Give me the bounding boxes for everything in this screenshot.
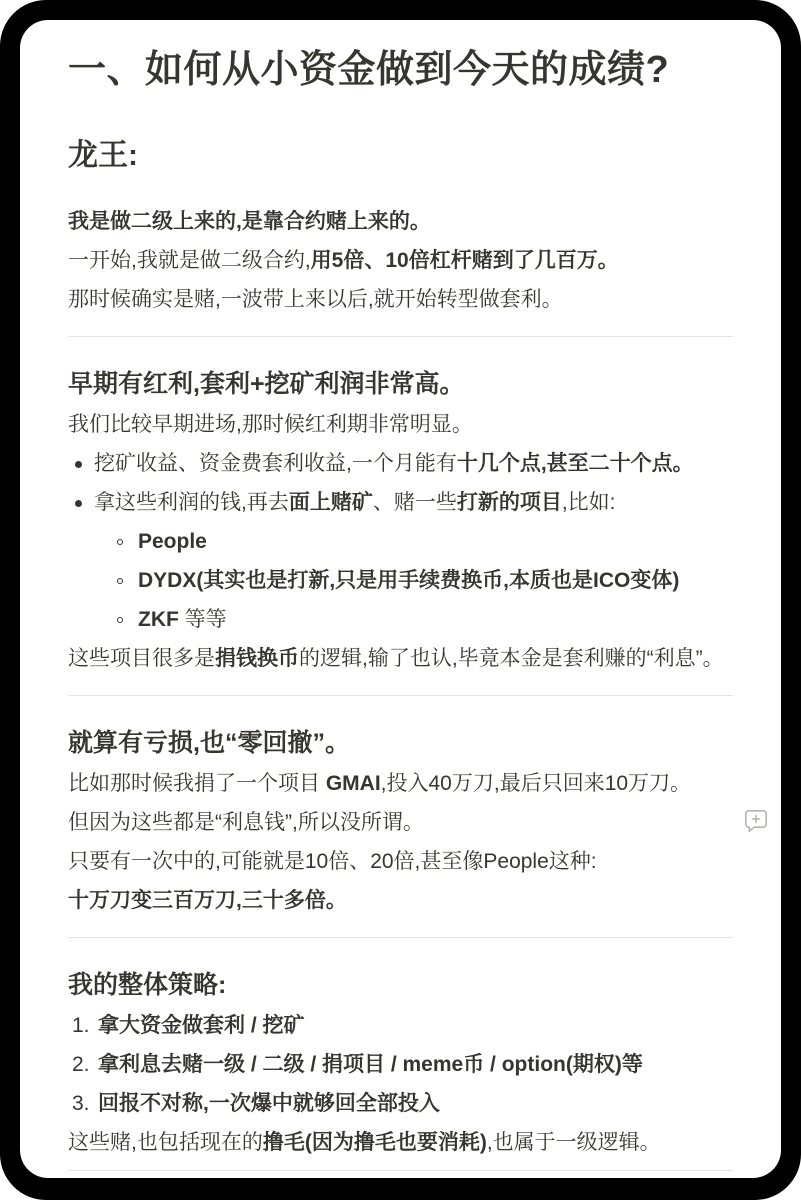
list-item: 挖矿收益、资金费套利收益,一个月能有十几个点,甚至二十个点。: [68, 449, 733, 479]
intro-paragraph-1: 一开始,我就是做二级合约,用5倍、10倍杠杆赌到了几百万。: [68, 246, 733, 276]
text-segment: ,也属于一级逻辑。: [487, 1131, 661, 1154]
list-number: 1.: [72, 1011, 90, 1041]
text-segment-bold: 拿利息去赌一级 / 二级 / 捐项目 / meme币 / option(期权)等: [98, 1053, 643, 1076]
intro-lead-paragraph: 我是做二级上来的,是靠合约赌上来的。: [68, 207, 733, 237]
text-segment: 这些赌,也包括现在的: [68, 1131, 263, 1154]
add-comment-button[interactable]: [744, 808, 768, 834]
list-item: 3.回报不对称,一次爆中就够回全部投入: [68, 1089, 733, 1119]
document-content: 一、如何从小资金做到今天的成绩? 龙王: 我是做二级上来的,是靠合约赌上来的。 …: [20, 20, 781, 1171]
text-segment-bold: GMAI: [326, 772, 381, 795]
text-segment: 、赌一些: [373, 491, 457, 514]
bullet-circle-icon: [117, 617, 123, 623]
bullet-dot-icon: [75, 500, 82, 507]
list-number: 2.: [72, 1050, 90, 1080]
text-segment-bold: ZKF: [138, 608, 179, 631]
text-segment: 挖矿收益、资金费套利收益,一个月能有: [94, 452, 457, 475]
dark-background-frame: 一、如何从小资金做到今天的成绩? 龙王: 我是做二级上来的,是靠合约赌上来的。 …: [0, 0, 801, 1200]
list-item: 拿这些利润的钱,再去面上赌矿、赌一些打新的项目,比如:: [68, 488, 733, 518]
text-segment-bold: DYDX(其实也是打新,只是用手续费换币,本质也是ICO变体): [138, 569, 679, 592]
section-heading-bonus: 早期有红利,套利+挖矿利润非常高。: [68, 367, 733, 401]
list-number: 3.: [72, 1089, 90, 1119]
divider: [68, 695, 733, 696]
loss-paragraph-3: 只要有一次中的,可能就是10倍、20倍,甚至像People这种:: [68, 847, 733, 877]
bullet-circle-icon: [117, 539, 123, 545]
text-segment-bold: 面上赌矿: [289, 491, 373, 514]
strategy-numbered-list: 1.拿大资金做套利 / 挖矿 2.拿利息去赌一级 / 二级 / 捐项目 / me…: [68, 1011, 733, 1119]
list-item: 2.拿利息去赌一级 / 二级 / 捐项目 / meme币 / option(期权…: [68, 1050, 733, 1080]
speaker-heading: 龙王:: [68, 136, 733, 175]
list-item: DYDX(其实也是打新,只是用手续费换币,本质也是ICO变体): [68, 566, 733, 596]
text-segment-bold: 撸毛(因为撸毛也要消耗): [263, 1131, 487, 1154]
divider: [68, 1170, 733, 1171]
loss-paragraph-4: 十万刀变三百万刀,三十多倍。: [68, 886, 733, 916]
text-segment: ,比如:: [562, 491, 616, 514]
comment-plus-icon: [744, 808, 768, 834]
divider: [68, 937, 733, 938]
text-segment: 一开始,我就是做二级合约,: [68, 249, 311, 272]
text-segment: 这些项目很多是: [68, 647, 215, 670]
divider: [68, 336, 733, 337]
intro-paragraph-2: 那时候确实是赌,一波带上来以后,就开始转型做套利。: [68, 285, 733, 315]
bullet-circle-icon: [117, 578, 123, 584]
text-segment-bold: 回报不对称,一次爆中就够回全部投入: [98, 1092, 440, 1115]
text-segment-bold: 拿大资金做套利 / 挖矿: [98, 1014, 305, 1037]
text-segment: 拿这些利润的钱,再去: [94, 491, 289, 514]
text-segment: ,投入40万刀,最后只回来10万刀。: [381, 772, 691, 795]
loss-paragraph-2: 但因为这些都是“利息钱”,所以没所谓。: [68, 808, 733, 838]
strategy-paragraph-1: 这些赌,也包括现在的撸毛(因为撸毛也要消耗),也属于一级逻辑。: [68, 1128, 733, 1158]
text-segment: 的逻辑,输了也认,毕竟本金是套利赚的“利息”。: [299, 647, 724, 670]
document-card: 一、如何从小资金做到今天的成绩? 龙王: 我是做二级上来的,是靠合约赌上来的。 …: [20, 20, 781, 1178]
text-segment-bold: People: [138, 530, 207, 553]
list-item: ZKF 等等: [68, 605, 733, 635]
bullet-dot-icon: [75, 461, 82, 468]
text-segment: 比如那时候我捐了一个项目: [68, 772, 326, 795]
list-item: People: [68, 527, 733, 557]
bonus-sub-bullet-list: People DYDX(其实也是打新,只是用手续费换币,本质也是ICO变体) Z…: [68, 527, 733, 635]
text-segment-bold: 用5倍、10倍杠杆赌到了几百万。: [311, 249, 619, 272]
bonus-paragraph-2: 这些项目很多是捐钱换币的逻辑,输了也认,毕竟本金是套利赚的“利息”。: [68, 644, 733, 674]
loss-paragraph-1: 比如那时候我捐了一个项目 GMAI,投入40万刀,最后只回来10万刀。: [68, 769, 733, 799]
text-segment-bold: 捐钱换币: [215, 647, 299, 670]
text-segment-bold: 打新的项目: [457, 491, 562, 514]
section-heading-strategy: 我的整体策略:: [68, 968, 733, 1002]
list-item: 1.拿大资金做套利 / 挖矿: [68, 1011, 733, 1041]
bonus-bullet-list: 挖矿收益、资金费套利收益,一个月能有十几个点,甚至二十个点。 拿这些利润的钱,再…: [68, 449, 733, 518]
bonus-paragraph-1: 我们比较早期进场,那时候红利期非常明显。: [68, 410, 733, 440]
page-title: 一、如何从小资金做到今天的成绩?: [68, 46, 733, 94]
section-heading-loss: 就算有亏损,也“零回撤”。: [68, 726, 733, 760]
text-segment-bold: 十几个点,甚至二十个点。: [457, 452, 694, 475]
text-segment: 等等: [179, 608, 227, 631]
